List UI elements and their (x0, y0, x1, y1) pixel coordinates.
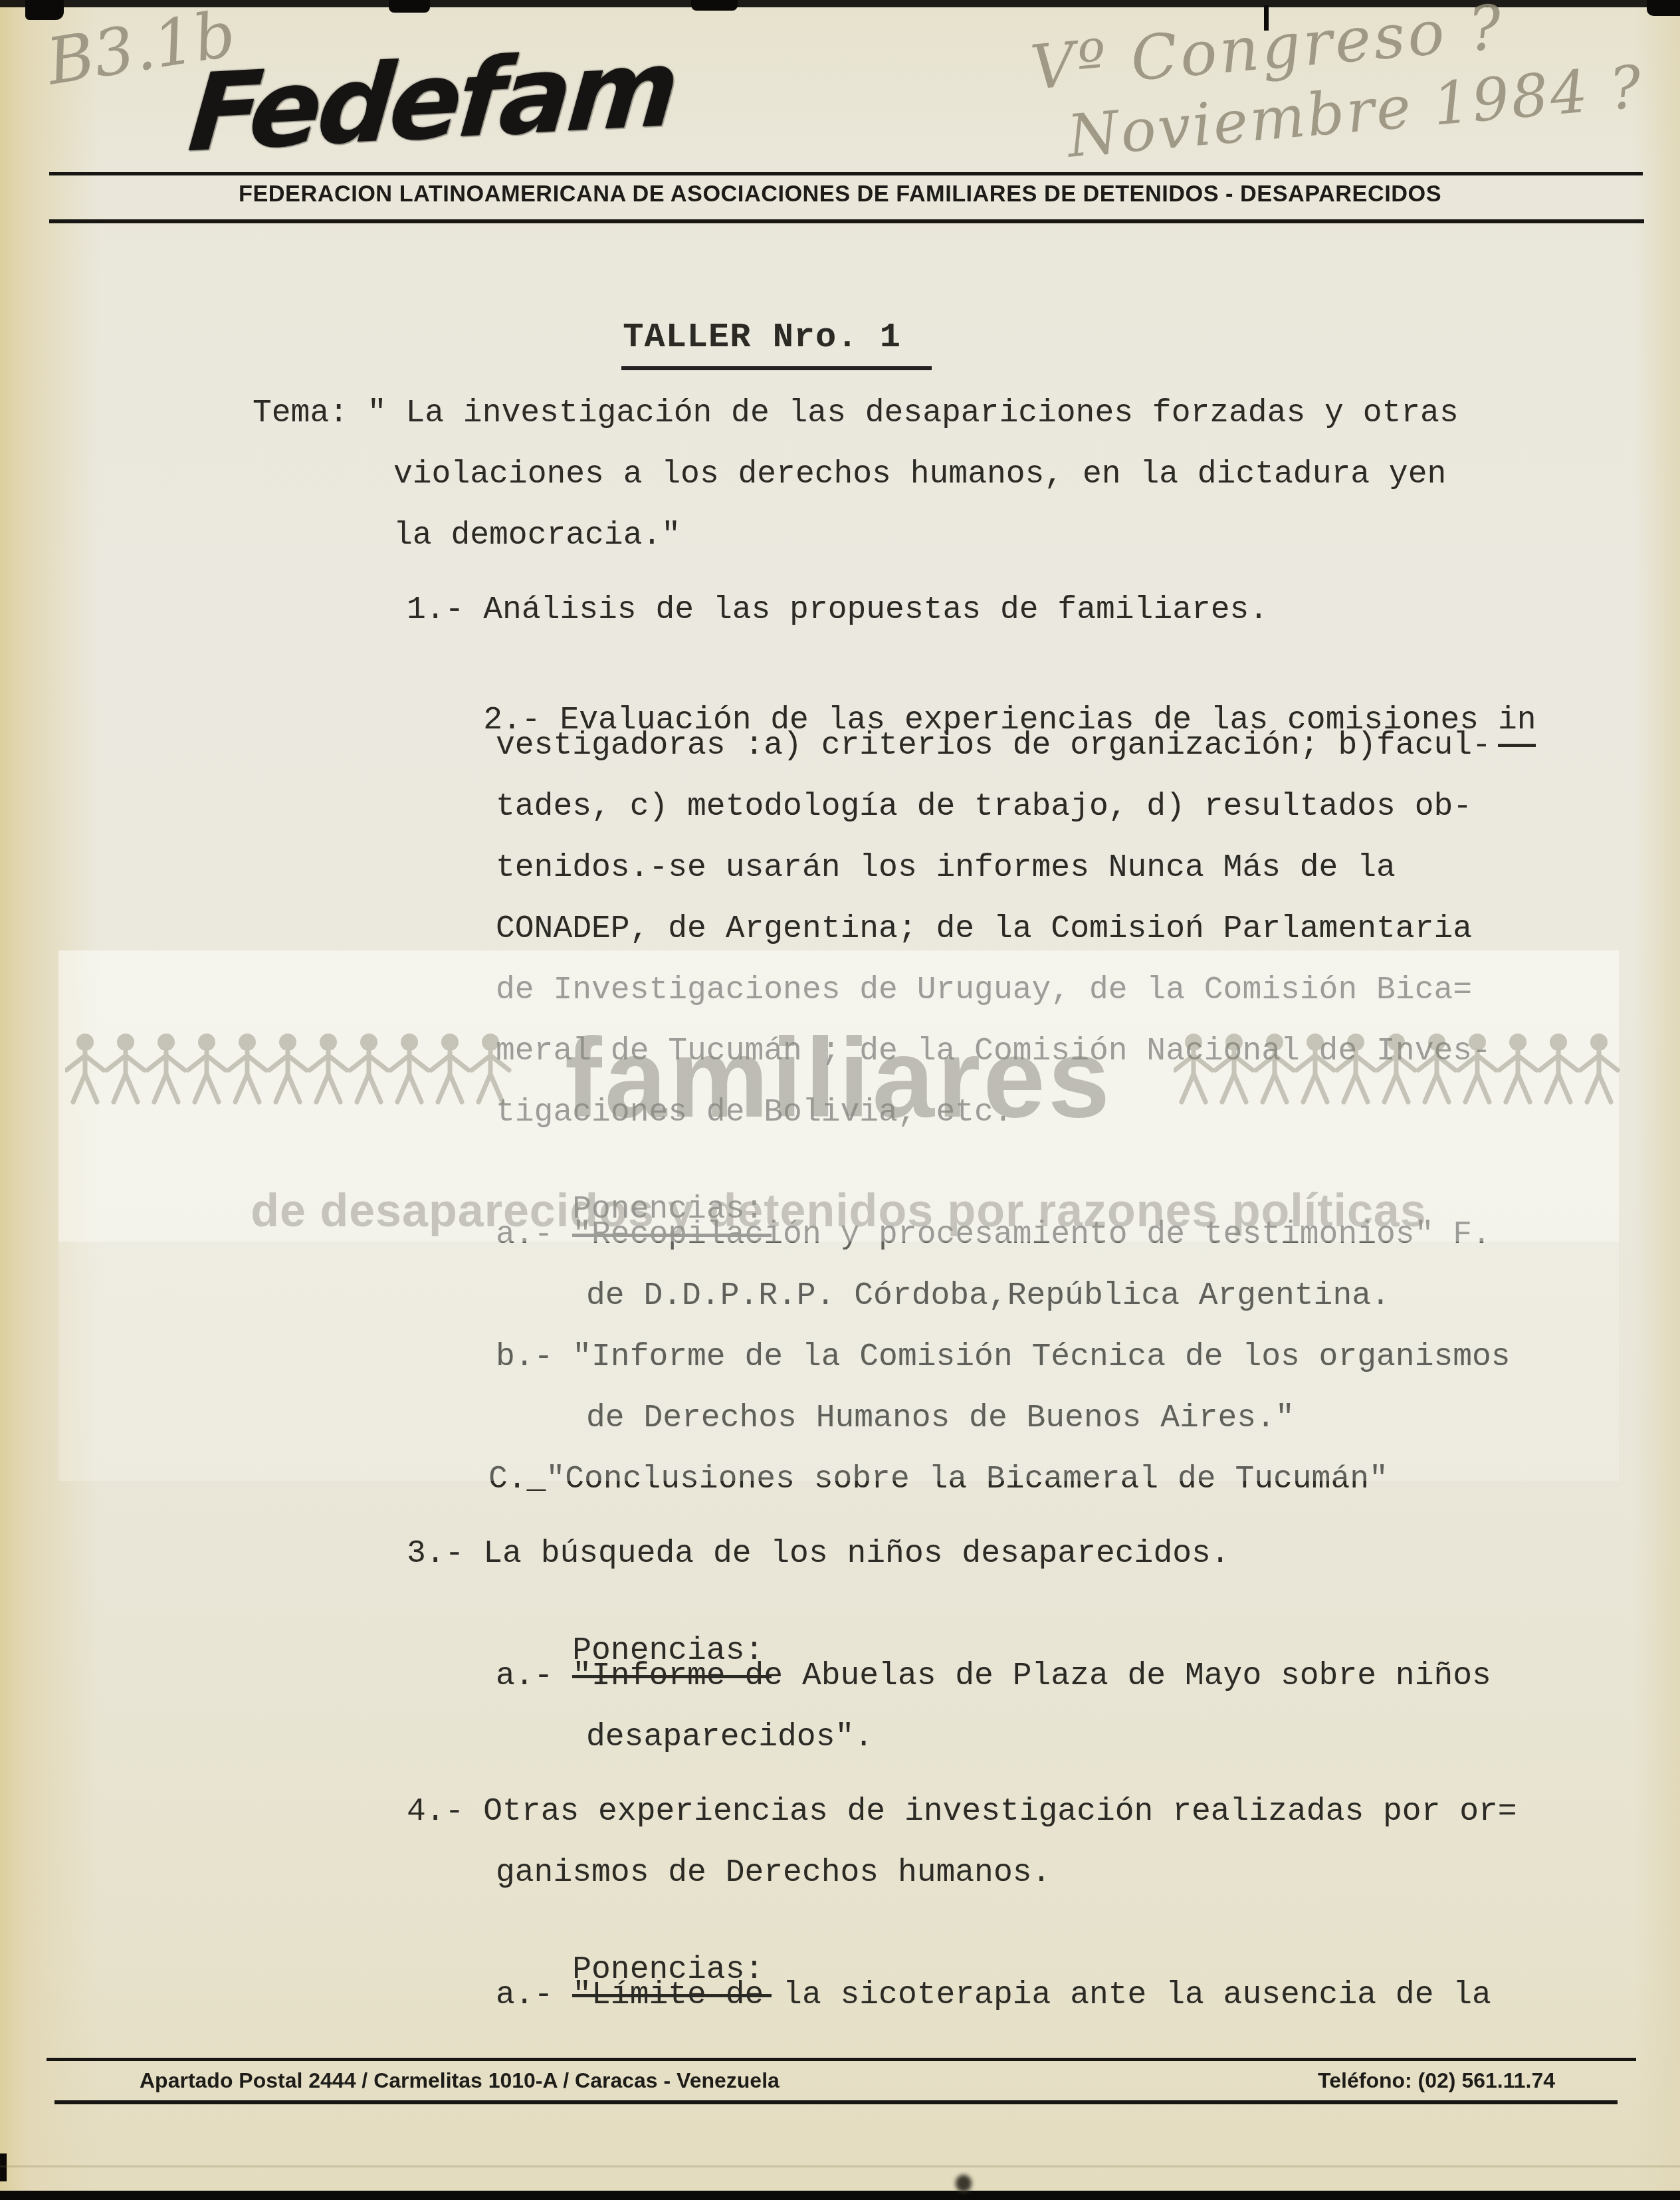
typed-line: tades, c) metodología de trabajo, d) res… (496, 790, 1472, 825)
paper-crease (0, 2165, 1680, 2167)
typed-line: a.- "Límite de la sicoterapia ante la au… (496, 1978, 1491, 2014)
fedefam-logo-stamp: Fedefam (184, 25, 680, 175)
document-title-row: TALLER Nro. 1 (545, 282, 932, 393)
scan-blob-top-mid (389, 0, 430, 13)
watermark-band: familiares de desaparecidos y detenidos … (58, 950, 1619, 1242)
typed-line-item-1: 1.- Análisis de las propuestas de famili… (407, 593, 1268, 629)
typed-line: a.- "Informe de Abuelas de Plaza de Mayo… (496, 1659, 1491, 1695)
watermark-band-lower (58, 1242, 1619, 1481)
scan-blob-top-right (1647, 0, 1680, 16)
scan-notch-bottom-left (0, 2153, 7, 2181)
footer-phone: Teléfono: (02) 561.11.74 (1318, 2068, 1555, 2093)
item-2-underlined-syllable: in (1498, 703, 1536, 747)
document-title: TALLER Nro. 1 (621, 318, 932, 370)
typed-line-item-3: 3.- La búsqueda de los niños desaparecid… (407, 1537, 1230, 1573)
footer-rule-top (47, 2058, 1636, 2061)
scanned-document-page: B3.1b Vº Congreso ? Noviembre 1984 ? Fed… (0, 0, 1680, 2200)
typed-line: desaparecidos". (586, 1720, 873, 1756)
typed-line-tema: Tema: " La investigación de las desapari… (253, 396, 1459, 432)
ink-smudge (956, 2175, 972, 2192)
typed-line-item-4: 4.- Otras experiencias de investigación … (407, 1795, 1517, 1830)
typed-line: la democracia." (393, 518, 681, 554)
typed-line: ganismos de Derechos humanos. (496, 1856, 1051, 1892)
header-rule-top (49, 172, 1643, 175)
header-rule-bottom (49, 219, 1644, 223)
footer-rule-bottom (54, 2100, 1618, 2104)
typed-line: violaciones a los derechos humanos, en l… (393, 457, 1446, 493)
watermark-familiares-text: familiares (58, 1022, 1619, 1134)
organization-name: FEDERACION LATINOAMERICANA DE ASOCIACION… (17, 181, 1663, 207)
watermark-subtitle-text: de desaparecidos y detenidos por razones… (58, 1187, 1619, 1234)
typed-line: vestigadoras :a) criterios de organizaci… (496, 728, 1491, 764)
typed-line: CONADEP, de Argentina; de la Comisioń Pa… (496, 912, 1472, 948)
typed-line: tenidos.-se usarán los informes Nunca Má… (496, 851, 1396, 887)
scan-blob-top-mid2 (691, 0, 738, 11)
scan-blob-top-left (25, 0, 64, 20)
footer-address: Apartado Postal 2444 / Carmelitas 1010-A… (140, 2068, 780, 2093)
scan-edge-bottom (0, 2191, 1680, 2200)
